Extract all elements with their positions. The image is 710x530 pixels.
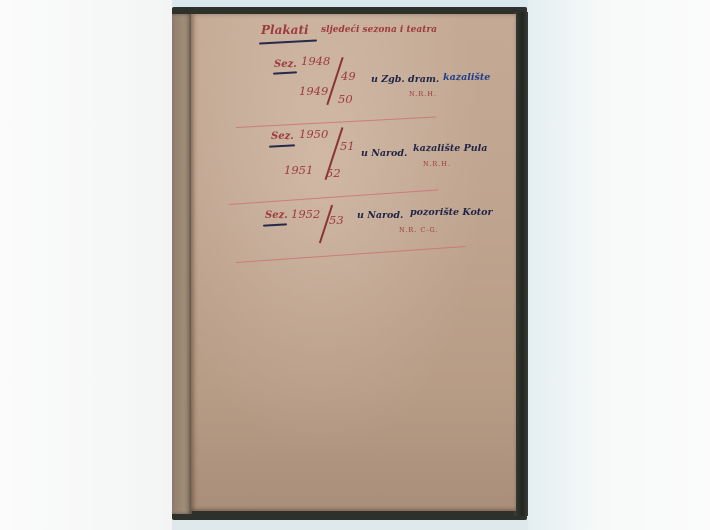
entry-2-label: Sez. [271,131,294,142]
entry-2-venue-name: kazalište Pula [413,143,487,154]
entry-3-label: Sez. [265,210,288,221]
entry-2-venue-prefix: u Narod. [361,148,407,159]
background-right [528,0,710,530]
entry-3-venue-prefix: u Narod. [357,210,403,221]
entry-2-region: N.R.H. [423,160,451,168]
entry-1-venue-name: kazalište [443,72,490,83]
rule-line-3 [236,246,466,263]
rule-line-1 [236,117,436,129]
entry-3-year-a: 1952 [291,207,320,221]
entry-1-region: N.R.H. [409,90,437,98]
entry-3-region: N.R. C-G. [399,226,439,234]
binding-flap [172,14,192,514]
entry-1-year-2b: 50 [338,92,353,106]
entry-2-underline [269,144,295,147]
entry-2-year-1a: 1950 [299,127,328,141]
heading-rest: sljedeći sezona i teatra [321,25,437,35]
entry-3-underline [263,223,287,226]
entry-1-underline [273,71,297,74]
ledger-page: Plakati sljedeći sezona i teatra Sez. 19… [191,14,516,511]
entry-2-year-1b: 51 [340,139,355,153]
entry-1-year-2a: 1949 [299,84,328,98]
entry-1-year-1a: 1948 [301,54,330,68]
background-left [0,0,172,530]
rule-line-2 [229,189,439,205]
entry-1-year-1b: 49 [341,69,356,83]
entry-1-venue-prefix: u Zgb. dram. [371,74,439,85]
entry-3-year-b: 53 [329,213,344,227]
heading-underline [259,39,317,44]
entry-3-venue-name: pozorište Kotor [410,207,493,218]
entry-1-label: Sez. [274,59,297,70]
heading-word: Plakati [261,23,309,37]
entry-2-year-2b: 52 [326,166,341,180]
cover-edge [514,12,528,516]
entry-2-year-2a: 1951 [284,163,313,177]
